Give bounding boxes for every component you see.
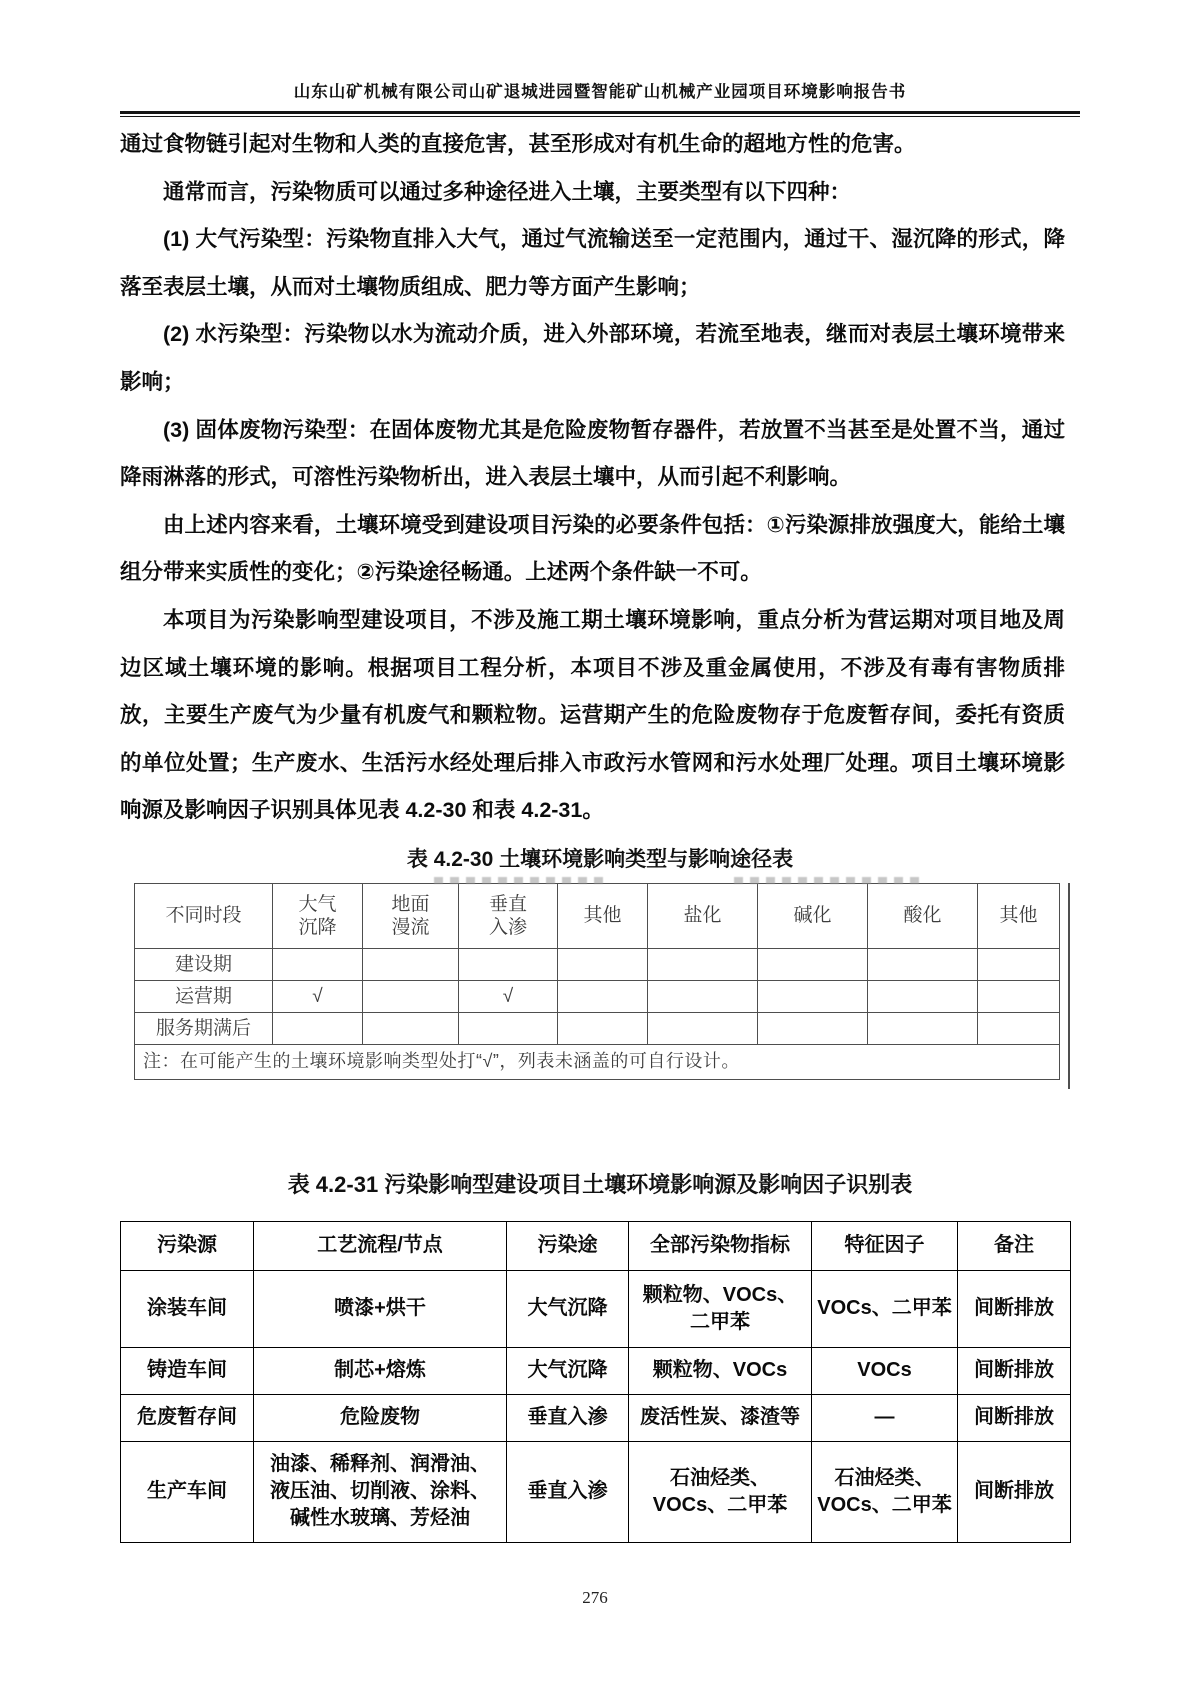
table-cell: 颗粒物、VOCs (629, 1347, 812, 1394)
header-cell: 其他 (978, 883, 1060, 948)
table-cell: 间断排放 (958, 1441, 1071, 1542)
header-cell: 备注 (958, 1221, 1071, 1270)
table-note-row: 注：在可能产生的土壤环境影响类型处打“√”，列表未涵盖的可自行设计。 (135, 1044, 1060, 1079)
clipped-group-header-artifact (734, 877, 924, 884)
table-cell: 喷漆+烘干 (254, 1270, 507, 1347)
row-label: 涂装车间 (121, 1270, 254, 1347)
paragraph: 通过食物链引起对生物和人类的直接危害，甚至形成对有机生命的超地方性的危害。 (120, 121, 1080, 169)
table-header-row: 污染源 工艺流程/节点 污染途 全部污染物指标 特征因子 备注 (121, 1221, 1071, 1270)
header-cell: 酸化 (868, 883, 978, 948)
paragraph: 通常而言，污染物质可以通过多种途径进入土壤，主要类型有以下四种： (120, 169, 1080, 217)
table-row: 生产车间 油漆、稀释剂、润滑油、 液压油、切削液、涂料、 碱性水玻璃、芳烃油 垂… (121, 1441, 1071, 1542)
header-cell: 大气 沉降 (273, 883, 363, 948)
table-cell (648, 1012, 758, 1044)
table-cell (363, 948, 459, 980)
table-row: 铸造车间 制芯+熔炼 大气沉降 颗粒物、VOCs VOCs 间断排放 (121, 1347, 1071, 1394)
scan-edge-artifact (1068, 883, 1070, 1089)
table-cell (868, 980, 978, 1012)
row-label: 危废暂存间 (121, 1394, 254, 1441)
table-cell: 石油烃类、 VOCs、二甲苯 (812, 1441, 958, 1542)
paragraph: (3) 固体废物污染型：在固体废物尤其是危险废物暂存器件，若放置不当甚至是处置不… (120, 407, 1080, 502)
header-rule-thin (120, 116, 1080, 118)
document-page: 山东山矿机械有限公司山矿退城进园暨智能矿山机械产业园项目环境影响报告书 通过食物… (0, 0, 1190, 1543)
page-number: 276 (0, 1588, 1190, 1608)
table-cell (273, 1012, 363, 1044)
header-rule (120, 111, 1080, 117)
paragraph: 由上述内容来看，土壤环境受到建设项目污染的必要条件包括：①污染源排放强度大，能给… (120, 502, 1080, 597)
table-cell: 大气沉降 (507, 1347, 629, 1394)
table-header-row: 不同时段 大气 沉降 地面 漫流 垂直 入渗 其他 盐化 碱化 酸化 其他 (135, 883, 1060, 948)
pollution-source-factor-table: 污染源 工艺流程/节点 污染途 全部污染物指标 特征因子 备注 涂装车间 喷漆+… (120, 1221, 1071, 1543)
header-cell: 垂直 入渗 (459, 883, 558, 948)
table-cell: 危险废物 (254, 1394, 507, 1441)
table-cell: 间断排放 (958, 1394, 1071, 1441)
report-title: 山东山矿机械有限公司山矿退城进园暨智能矿山机械产业园项目环境影响报告书 (120, 78, 1080, 102)
header-cell: 碱化 (758, 883, 868, 948)
checkmark-cell: √ (273, 980, 363, 1012)
table-cell (648, 980, 758, 1012)
table-note: 注：在可能产生的土壤环境影响类型处打“√”，列表未涵盖的可自行设计。 (135, 1044, 1060, 1079)
table-cell: 垂直入渗 (507, 1441, 629, 1542)
header-cell: 其他 (558, 883, 648, 948)
table-cell (273, 948, 363, 980)
table-cell: 间断排放 (958, 1347, 1071, 1394)
row-label: 建设期 (135, 948, 273, 980)
table-cell: VOCs (812, 1347, 958, 1394)
table-cell (459, 948, 558, 980)
header-rule-thick (120, 111, 1080, 114)
table-cell (363, 980, 459, 1012)
table-cell (758, 1012, 868, 1044)
checkmark-cell: √ (459, 980, 558, 1012)
header-cell: 盐化 (648, 883, 758, 948)
table-cell (558, 948, 648, 980)
header-cell: 不同时段 (135, 883, 273, 948)
header-cell: 全部污染物指标 (629, 1221, 812, 1270)
table-cell (558, 980, 648, 1012)
table-cell (868, 948, 978, 980)
table-cell (758, 948, 868, 980)
table-cell: VOCs、二甲苯 (812, 1270, 958, 1347)
table-cell: 油漆、稀释剂、润滑油、 液压油、切削液、涂料、 碱性水玻璃、芳烃油 (254, 1441, 507, 1542)
table-cell (758, 980, 868, 1012)
page-header: 山东山矿机械有限公司山矿退城进园暨智能矿山机械产业园项目环境影响报告书 (120, 78, 1080, 117)
table-cell (978, 948, 1060, 980)
body-text: 通过食物链引起对生物和人类的直接危害，甚至形成对有机生命的超地方性的危害。 通常… (120, 121, 1080, 835)
table-cell (648, 948, 758, 980)
header-cell: 地面 漫流 (363, 883, 459, 948)
table-cell: 大气沉降 (507, 1270, 629, 1347)
table-cell (978, 1012, 1060, 1044)
table-cell (459, 1012, 558, 1044)
table-row: 建设期 (135, 948, 1060, 980)
soil-impact-type-table: 不同时段 大气 沉降 地面 漫流 垂直 入渗 其他 盐化 碱化 酸化 其他 建设… (134, 883, 1060, 1080)
row-label: 服务期满后 (135, 1012, 273, 1044)
table-cell: 间断排放 (958, 1270, 1071, 1347)
row-label: 铸造车间 (121, 1347, 254, 1394)
table-4-2-31-caption: 表 4.2-31 污染影响型建设项目土壤环境影响源及影响因子识别表 (120, 1168, 1080, 1199)
header-cell: 工艺流程/节点 (254, 1221, 507, 1270)
table-cell: 垂直入渗 (507, 1394, 629, 1441)
table-cell: — (812, 1394, 958, 1441)
table-row: 运营期 √ √ (135, 980, 1060, 1012)
table-cell: 制芯+熔炼 (254, 1347, 507, 1394)
table-cell: 石油烃类、 VOCs、二甲苯 (629, 1441, 812, 1542)
table-row: 危废暂存间 危险废物 垂直入渗 废活性炭、漆渣等 — 间断排放 (121, 1394, 1071, 1441)
clipped-group-header-artifact (434, 877, 609, 884)
table-row: 涂装车间 喷漆+烘干 大气沉降 颗粒物、VOCs、 二甲苯 VOCs、二甲苯 间… (121, 1270, 1071, 1347)
paragraph: 本项目为污染影响型建设项目，不涉及施工期土壤环境影响，重点分析为营运期对项目地及… (120, 597, 1080, 835)
header-cell: 特征因子 (812, 1221, 958, 1270)
paragraph: (1) 大气污染型：污染物直排入大气，通过气流输送至一定范围内，通过干、湿沉降的… (120, 216, 1080, 311)
table-4-2-30-caption: 表 4.2-30 土壤环境影响类型与影响途径表 (120, 843, 1080, 873)
row-label: 生产车间 (121, 1441, 254, 1542)
table-cell (363, 1012, 459, 1044)
table-cell: 废活性炭、漆渣等 (629, 1394, 812, 1441)
table-cell: 颗粒物、VOCs、 二甲苯 (629, 1270, 812, 1347)
row-label: 运营期 (135, 980, 273, 1012)
table-row: 服务期满后 (135, 1012, 1060, 1044)
table-4-2-30-scan: 不同时段 大气 沉降 地面 漫流 垂直 入渗 其他 盐化 碱化 酸化 其他 建设… (134, 883, 1059, 1080)
header-cell: 污染源 (121, 1221, 254, 1270)
header-cell: 污染途 (507, 1221, 629, 1270)
paragraph: (2) 水污染型：污染物以水为流动介质，进入外部环境，若流至地表，继而对表层土壤… (120, 311, 1080, 406)
table-cell (978, 980, 1060, 1012)
table-cell (558, 1012, 648, 1044)
table-cell (868, 1012, 978, 1044)
